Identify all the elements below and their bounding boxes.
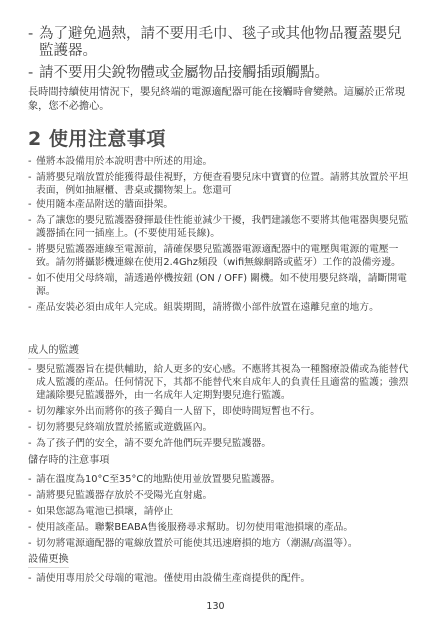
warning-item: - 請不要用尖銳物體或金屬物品接觸插頭觸點。 (28, 65, 413, 82)
bullet: - (28, 198, 36, 211)
list-item-text: 僅將本設備用於本說明書中所述的用途。 (36, 155, 413, 168)
list-item: - 請使用專用於父母端的電池。僅使用由設備生產商提供的配件。 (28, 572, 413, 585)
manual-page: - 為了避免過熱，請不要用毛巾、毯子或其他物品覆蓋嬰兒監護器。 - 請不要用尖銳… (0, 0, 431, 624)
list-item: - 切勿離家外出而將你的孩子獨自一人留下，即使時間短暫也不行。 (28, 405, 413, 418)
list-item: - 使用隨本產品附送的牆面掛架。 (28, 198, 413, 211)
subsection-title: 儲存時的注意事項 (28, 454, 110, 469)
list-item: - 使用該產品。聯繫BEABA售後服務尋求幫助。切勿使用電池損壞的產品。 (28, 521, 413, 534)
list-item-text: 如不使用父母終端，請透過停機按鈕 (ON / OFF) 關機。如不使用嬰兒終端，… (36, 272, 413, 298)
bullet: - (28, 301, 36, 314)
list-item: - 請將嬰兒監護器存放於不受陽光直射處。 (28, 489, 413, 502)
subsection-title: 設備更換 (28, 553, 69, 568)
subsection-title: 成人的監護 (28, 344, 79, 359)
list-item-text: 請使用專用於父母端的電池。僅使用由設備生產商提供的配件。 (36, 572, 413, 585)
warning-item: - 為了避免過熱，請不要用毛巾、毯子或其他物品覆蓋嬰兒監護器。 (28, 26, 413, 60)
list-item-text: 請將嬰兒監護器存放於不受陽光直射處。 (36, 489, 413, 502)
section-heading: 2 使用注意事項 (28, 128, 413, 150)
list-item: - 請將嬰兒端放置於能獲得最佳視野，方便查看嬰兒床中寶寶的位置。請將其放置於平坦… (28, 171, 413, 197)
list-item-text: 產品安裝必須由成年人完成。組裝期間，請將微小部件放置在遠離兒童的地方。 (36, 301, 413, 314)
bullet: - (28, 505, 36, 518)
list-item-text: 使用該產品。聯繫BEABA售後服務尋求幫助。切勿使用電池損壞的產品。 (36, 521, 413, 534)
bullet: - (28, 405, 36, 418)
list-item: - 如果您認為電池已損壞，請停止 (28, 505, 413, 518)
storage-section: 儲存時的注意事項 - 請在溫度為10°C至35°C的地點使用並放置嬰兒監護器。 … (28, 448, 413, 553)
list-item: - 僅將本設備用於本說明書中所述的用途。 (28, 155, 413, 168)
list-item: - 將嬰兒監護器連線至電源前，請確保嬰兒監護器電源適配器中的電壓與電源的電壓一致… (28, 243, 413, 269)
list-item-text: 切勿將嬰兒終端放置於搖籃或遊戲區內。 (36, 421, 413, 434)
list-item: - 請在溫度為10°C至35°C的地點使用並放置嬰兒監護器。 (28, 473, 413, 486)
bullet: - (28, 171, 36, 197)
list-item-text: 將嬰兒監護器連線至電源前，請確保嬰兒監護器電源適配器中的電壓與電源的電壓一致。請… (36, 243, 413, 269)
replacement-section: 設備更換 - 請使用專用於父母端的電池。僅使用由設備生產商提供的配件。 (28, 547, 413, 588)
bullet: - (28, 26, 39, 60)
list-item: - 如不使用父母終端，請透過停機按鈕 (ON / OFF) 關機。如不使用嬰兒終… (28, 272, 413, 298)
list-item-text: 切勿離家外出而將你的孩子獨自一人留下，即使時間短暫也不行。 (36, 405, 413, 418)
list-item-text: 嬰兒監護器旨在提供輔助，給人更多的安心感。不應將其視為一種醫療設備或為能替代成人… (36, 363, 413, 402)
bullet: - (28, 243, 36, 269)
bullet: - (28, 65, 39, 82)
bullet: - (28, 155, 36, 168)
list-item: - 嬰兒監護器旨在提供輔助，給人更多的安心感。不應將其視為一種醫療設備或為能替代… (28, 363, 413, 402)
adult-supervision-section: 成人的監護 - 嬰兒監護器旨在提供輔助，給人更多的安心感。不應將其視為一種醫療設… (28, 338, 413, 453)
bullet: - (28, 421, 36, 434)
bullet: - (28, 473, 36, 486)
list-item-text: 請將嬰兒端放置於能獲得最佳視野，方便查看嬰兒床中寶寶的位置。請將其放置於平坦表面… (36, 171, 413, 197)
page-number: 130 (0, 601, 431, 612)
list-item: - 為了讓您的嬰兒監護器發揮最佳性能並減少干擾，我們建議您不要將其他電器與嬰兒監… (28, 214, 413, 240)
list-item-text: 為了讓您的嬰兒監護器發揮最佳性能並減少干擾，我們建議您不要將其他電器與嬰兒監護器… (36, 214, 413, 240)
general-items-list: - 僅將本設備用於本說明書中所述的用途。 - 請將嬰兒端放置於能獲得最佳視野，方… (28, 155, 413, 317)
bullet: - (28, 272, 36, 298)
list-item-text: 請在溫度為10°C至35°C的地點使用並放置嬰兒監護器。 (36, 473, 413, 486)
list-item: - 產品安裝必須由成年人完成。組裝期間，請將微小部件放置在遠離兒童的地方。 (28, 301, 413, 314)
bullet: - (28, 489, 36, 502)
list-item-text: 如果您認為電池已損壞，請停止 (36, 505, 413, 518)
bullet: - (28, 363, 36, 402)
bullet: - (28, 214, 36, 240)
bullet: - (28, 572, 36, 585)
list-item-text: 使用隨本產品附送的牆面掛架。 (36, 198, 413, 211)
bullet: - (28, 521, 36, 534)
warning-text: 請不要用尖銳物體或金屬物品接觸插頭觸點。 (39, 65, 413, 82)
list-item: - 切勿將嬰兒終端放置於搖籃或遊戲區內。 (28, 421, 413, 434)
heat-note: 長時間持續使用情況下，嬰兒終端的電源適配器可能在接觸時會變熱。這屬於正常現象，您… (28, 86, 413, 114)
top-warnings: - 為了避免過熱，請不要用毛巾、毯子或其他物品覆蓋嬰兒監護器。 - 請不要用尖銳… (28, 26, 413, 82)
warning-text: 為了避免過熱，請不要用毛巾、毯子或其他物品覆蓋嬰兒監護器。 (39, 26, 413, 60)
